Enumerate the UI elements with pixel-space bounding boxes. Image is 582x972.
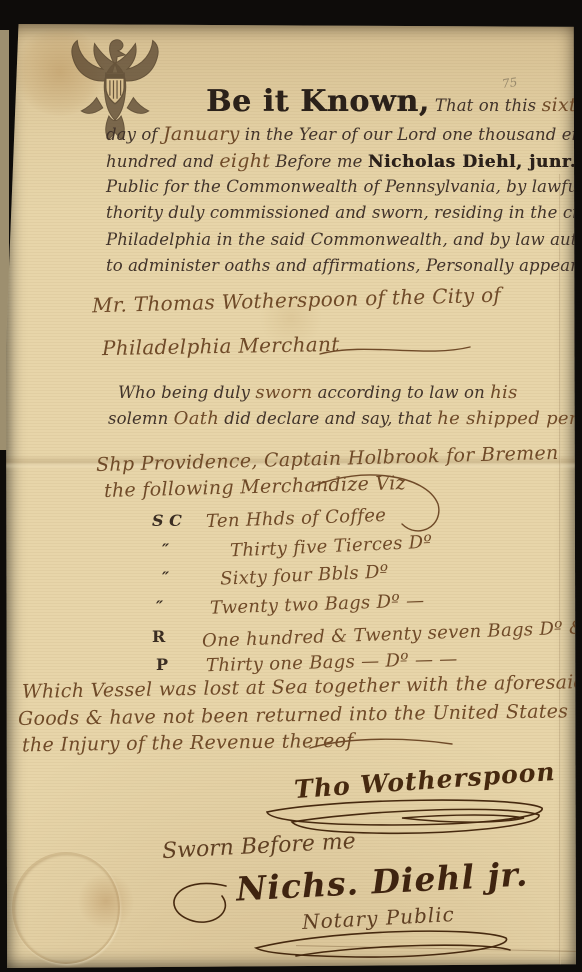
intro-line1-handwritten-day: sixteenth <box>542 94 576 116</box>
appearer-occupation-line: Philadelphia Merchant <box>102 332 340 360</box>
affidavit-paper: 75 <box>6 24 576 968</box>
cargo-mark: S C <box>152 511 182 530</box>
intro-line2-print-a: day of <box>106 125 163 144</box>
opening-line: Be it Known, That on this sixteenth <box>206 84 576 119</box>
notary-name-blackletter: Nicholas Diehl, junr. <box>368 152 576 172</box>
cargo-item: Twenty two Bags Dº — <box>210 590 425 618</box>
intro-line2-print-b: in the Year of our Lord one thousand eig… <box>245 125 576 144</box>
oath-line1-print-b: according to law on <box>318 383 491 402</box>
cargo-mark: R <box>152 627 165 646</box>
intro-line3-handwritten-year: eight <box>219 150 270 172</box>
oath-line1-print-a: Who being duly <box>118 383 255 402</box>
oath-line2-print-a: solemn <box>108 409 174 428</box>
intro-line3-print-a: hundred and <box>106 152 219 171</box>
cargo-mark-ditto: ″ <box>156 597 163 616</box>
oath-line2: solemn Oath did declare and say, that he… <box>108 408 576 429</box>
intro-line7: to administer oaths and affirmations, Pe… <box>106 256 576 275</box>
oath-line2-print-b: did declare and say, that <box>224 409 437 428</box>
cargo-item: One hundred & Twenty seven Bags Dº & <box>202 617 576 651</box>
oath-line1-handwritten-his: his <box>490 382 518 403</box>
oath-line1-handwritten-sworn: sworn <box>255 382 312 403</box>
cargo-item: Thirty one Bags — Dº — — <box>206 649 458 677</box>
oath-line2-handwritten-oath: Oath <box>174 408 220 429</box>
cargo-mark-ditto: ″ <box>162 568 169 587</box>
vertical-edge-crease <box>559 174 561 968</box>
embossed-seal-icon <box>12 852 120 964</box>
oath-line1: Who being duly sworn according to law on… <box>118 382 518 403</box>
declaration-line1: Which Vessel was lost at Sea together wi… <box>22 671 576 703</box>
document-title: Be it Known, <box>206 84 430 119</box>
scanned-document-page: 75 <box>0 0 582 972</box>
intro-line1-print: That on this <box>435 96 542 115</box>
declaration-line2: Goods & have not been returned into the … <box>18 700 576 730</box>
intro-line3: hundred and eight Before me Nicholas Die… <box>106 150 576 172</box>
flourish-after-merchant <box>316 340 476 362</box>
oath-line2-handwritten-shipped: he shipped per the <box>437 408 576 429</box>
intro-line4: Public for the Commonwealth of Pennsylva… <box>106 177 576 196</box>
intro-line6: Philadelphia in the said Commonwealth, a… <box>106 230 576 249</box>
notary-signature-flourish <box>146 856 526 966</box>
declaration-line3: the Injury of the Revenue thereof <box>22 730 354 757</box>
flourish-after-thereof <box>306 734 456 754</box>
intro-line2-handwritten-month: January <box>163 123 240 145</box>
cargo-item: Thirty five Tierces Dº <box>230 532 433 562</box>
intro-line5: thority duly commissioned and sworn, res… <box>106 203 576 222</box>
cargo-mark: P <box>156 655 168 674</box>
intro-line2: day of January in the Year of our Lord o… <box>106 123 576 145</box>
cargo-item: Sixty four Bbls Dº <box>220 561 389 589</box>
intro-line3-print-b: Before me <box>275 152 367 171</box>
appearer-name-line: Mr. Thomas Wotherspoon of the City of <box>92 283 502 318</box>
cargo-mark-ditto: ″ <box>162 540 169 559</box>
